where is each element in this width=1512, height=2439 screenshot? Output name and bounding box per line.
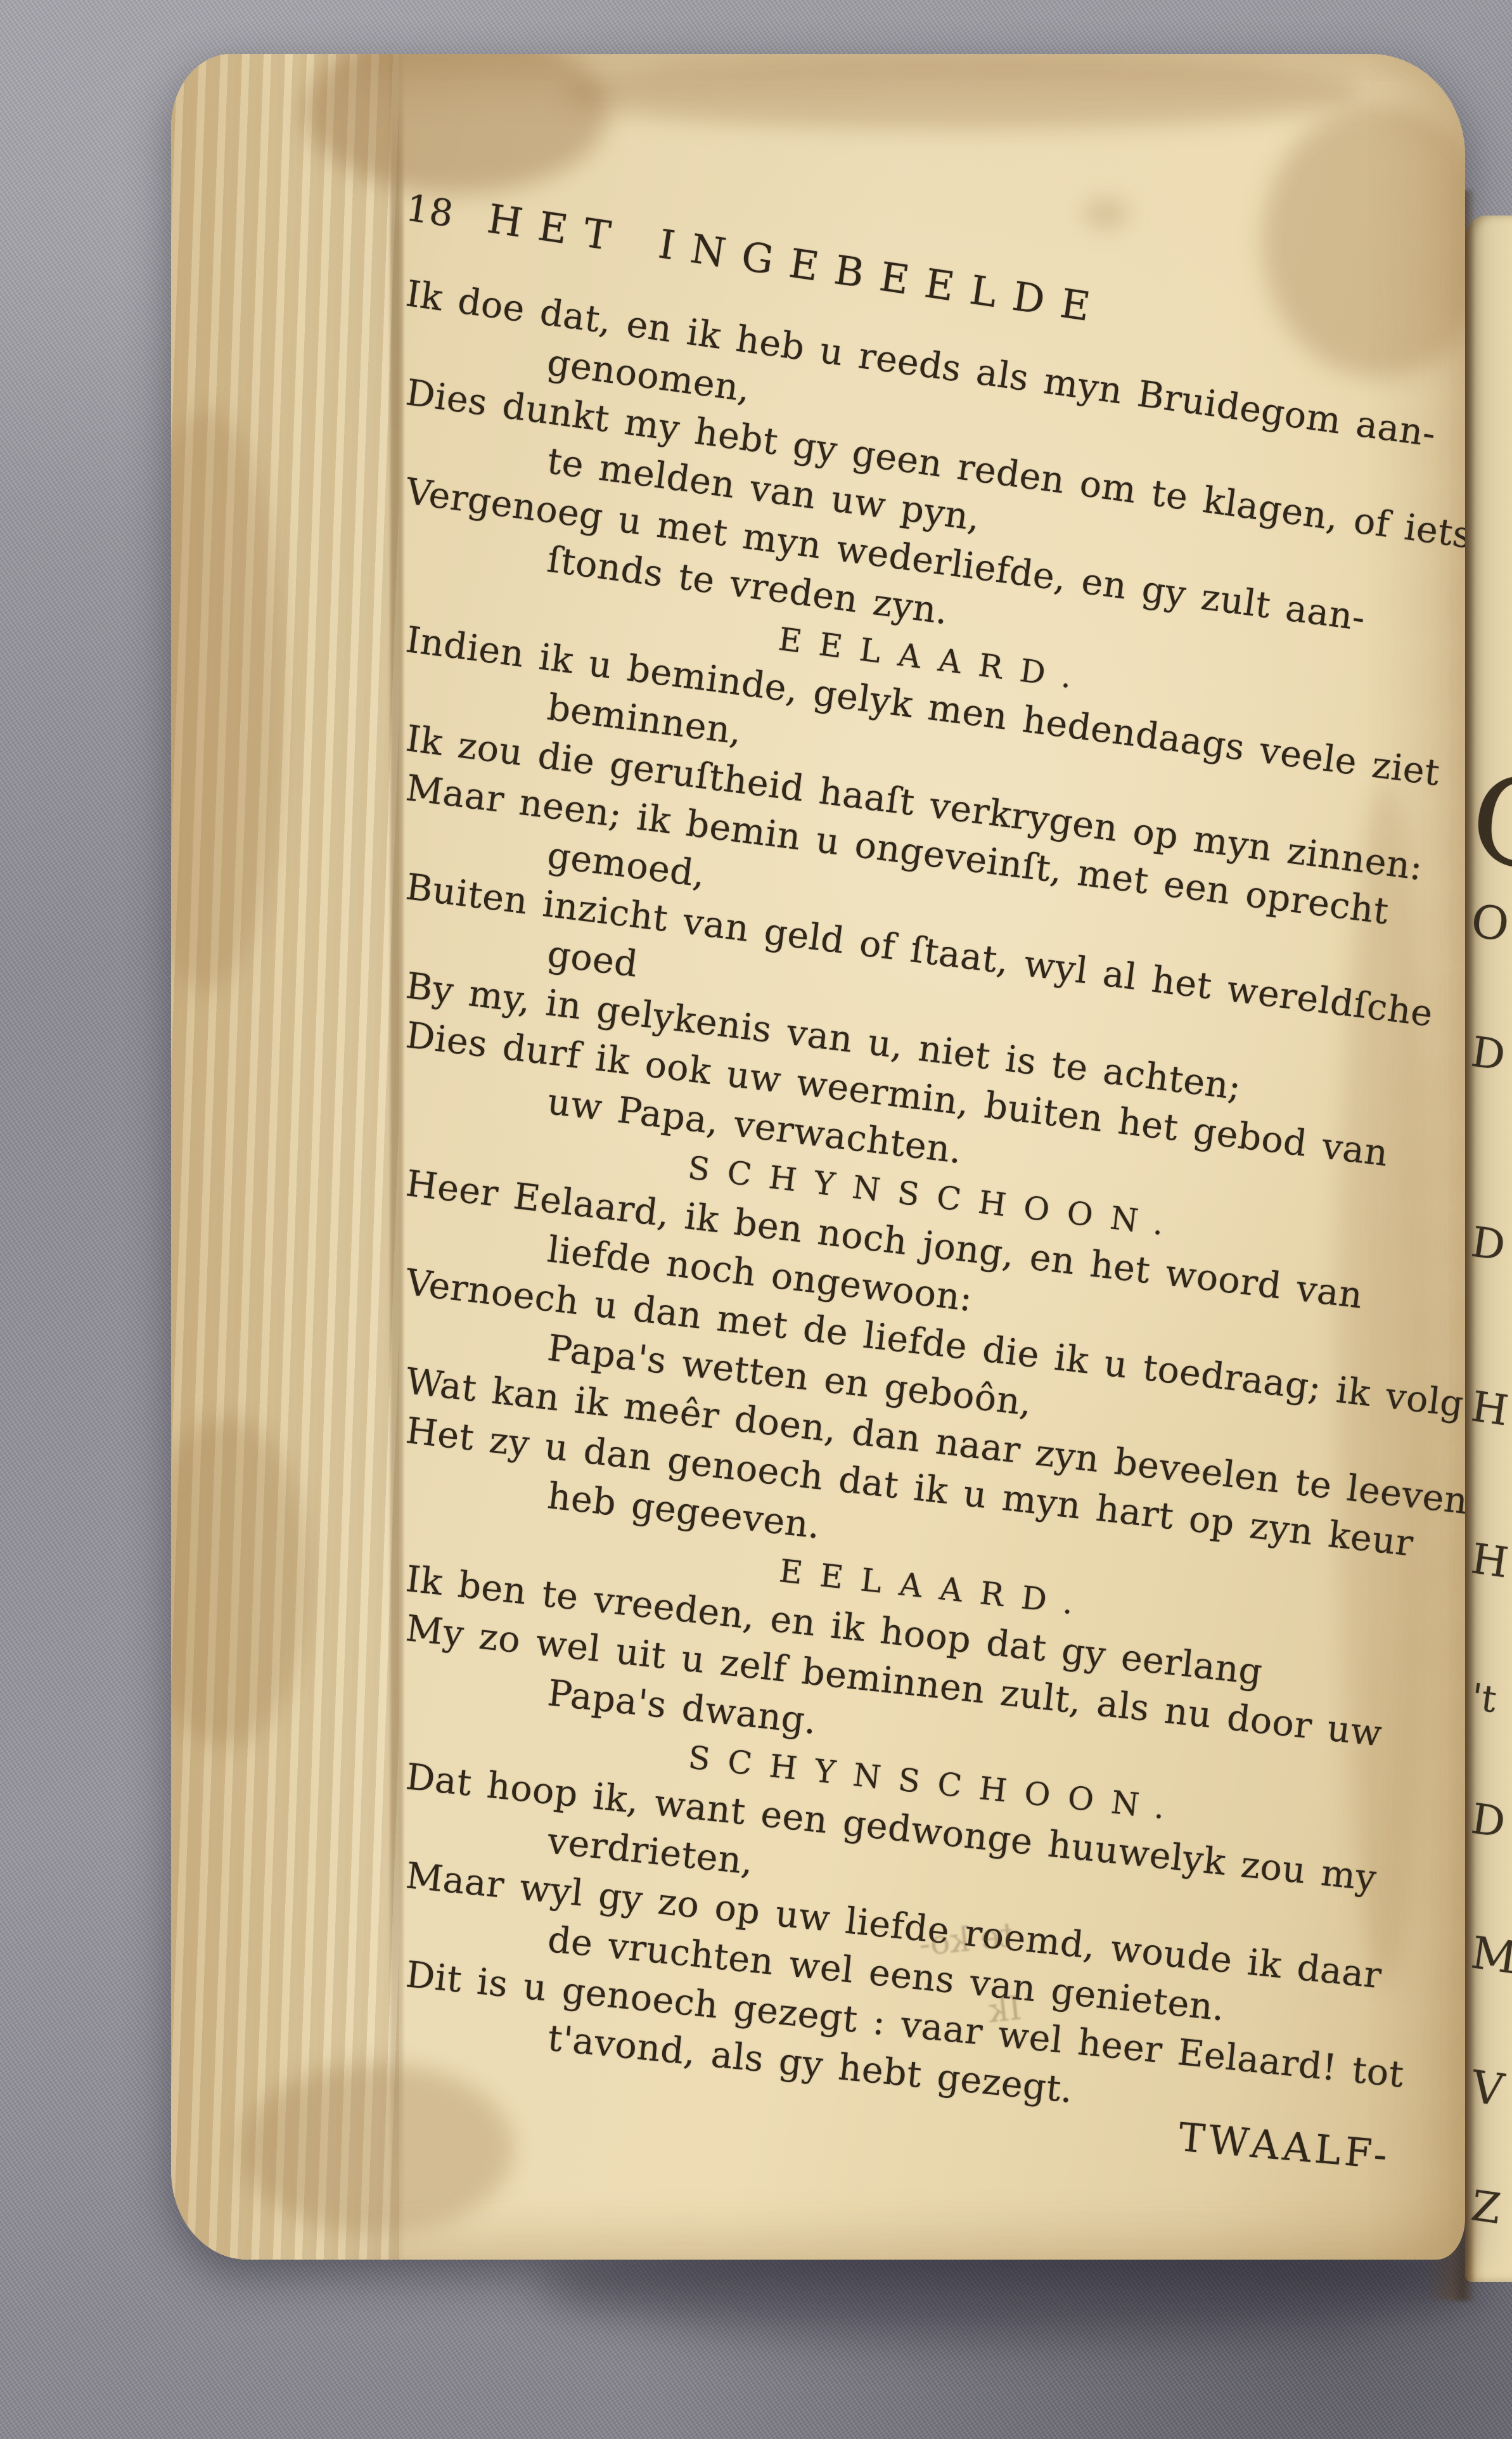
- paper-stain: [564, 54, 1362, 130]
- page-text-column: 18HET INGEBEELDE Ik doe dat, en ik heb u…: [406, 177, 1465, 2094]
- book-page: 18HET INGEBEELDE Ik doe dat, en ik heb u…: [171, 54, 1465, 2260]
- facing-page-letter: H: [1469, 1386, 1511, 1432]
- show-through-text: Ik: [987, 1992, 1023, 2028]
- facing-page-letter: H: [1469, 1538, 1511, 1584]
- facing-page-letter: M: [1468, 1930, 1512, 1980]
- facing-page-letter: D: [1469, 1031, 1508, 1078]
- photo-scene: CODDHH'tDMVZ 18HET INGEBEELDE Ik doe dat…: [0, 0, 1512, 2439]
- facing-page-letter: D: [1469, 1221, 1508, 1268]
- facing-page-letter: D: [1469, 1798, 1508, 1844]
- page-edge-deckle: [171, 54, 399, 2260]
- page-number: 18: [403, 186, 456, 235]
- facing-page-letter: O: [1468, 898, 1511, 948]
- page-fold-crease: [390, 54, 403, 2260]
- facing-page-letter: V: [1468, 2064, 1506, 2113]
- show-through-text: te ko-: [918, 1919, 1015, 1961]
